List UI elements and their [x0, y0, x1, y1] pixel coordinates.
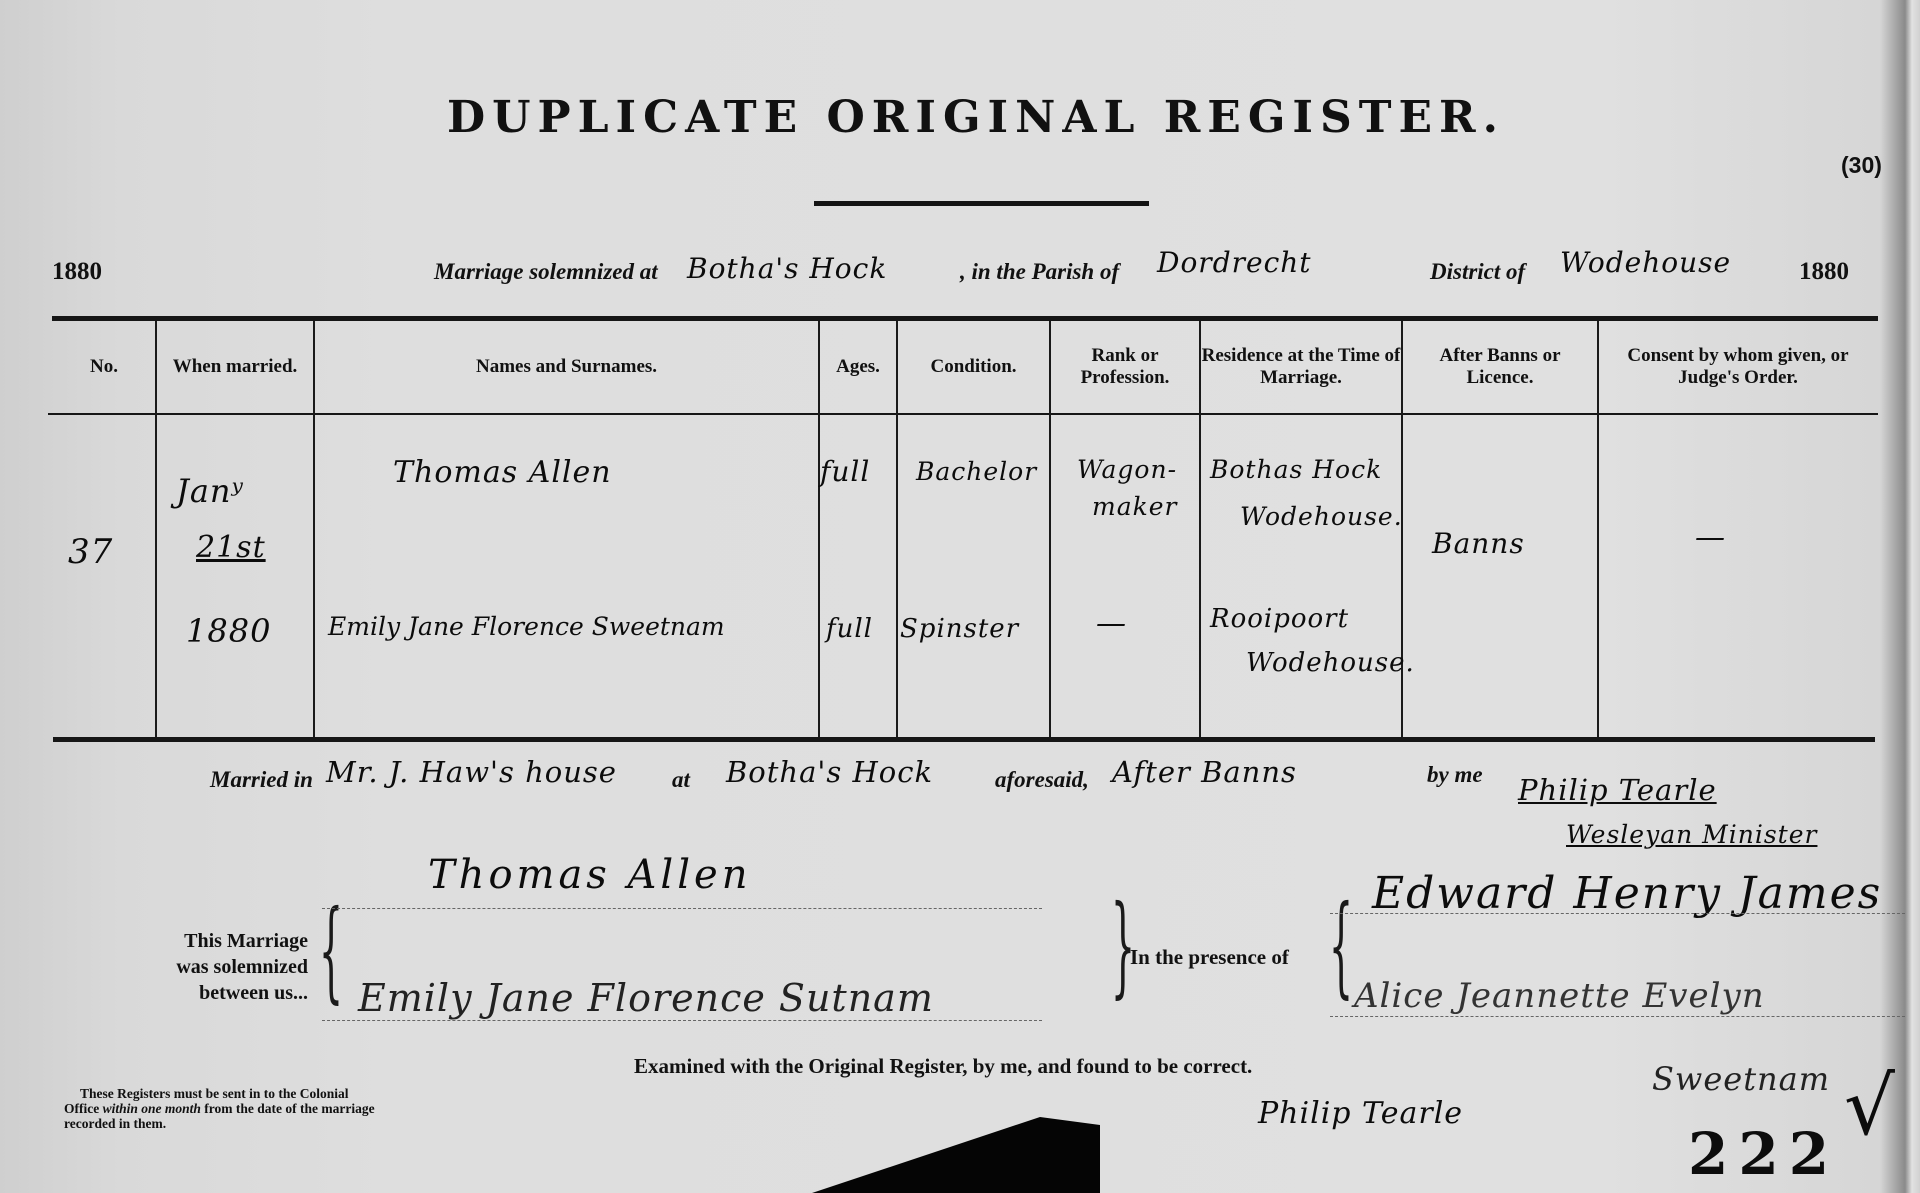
married-place: Botha's Hock — [726, 755, 933, 789]
title-rule — [814, 201, 1149, 206]
solemnized-between-label: This Marriage was solemnized between us.… — [160, 928, 308, 1006]
groom-condition: Bachelor — [916, 457, 1037, 486]
header-names: Names and Surnames. — [315, 322, 818, 412]
note-line-3: recorded in them. — [64, 1116, 454, 1131]
bride-residence-line1: Rooipoort — [1210, 604, 1349, 634]
district-label: District of — [1430, 259, 1525, 285]
solemnized-at-label: Marriage solemnized at — [434, 259, 658, 285]
examined-statement: Examined with the Original Register, by … — [634, 1054, 1252, 1079]
witness-2-signature: Alice Jeannette Evelyn — [1354, 976, 1765, 1016]
bride-signature-line — [322, 1020, 1042, 1021]
header-when-married: When married. — [157, 322, 313, 412]
note-line-1: These Registers must be sent in to the C… — [64, 1086, 454, 1101]
header-ages: Ages. — [820, 322, 896, 412]
bride-age: full — [826, 614, 873, 644]
aforesaid-label: aforesaid, — [995, 767, 1089, 793]
groom-name: Thomas Allen — [393, 455, 612, 490]
note-date-of-marriage: from the date of the marriage — [204, 1101, 374, 1116]
married-in-label: Married in — [210, 767, 313, 793]
header-residence: Residence at the Time of Marriage. — [1201, 322, 1401, 412]
groom-residence-line1: Bothas Hock — [1210, 455, 1382, 484]
check-mark-icon: √ — [1844, 1060, 1896, 1153]
header-bottom-rule — [48, 413, 1878, 415]
bride-condition: Spinster — [900, 614, 1019, 644]
header-condition: Condition. — [898, 322, 1049, 412]
witness-2-line — [1330, 1016, 1905, 1017]
married-venue: Mr. J. Haw's house — [326, 755, 617, 789]
examiner-signature: Philip Tearle — [1258, 1096, 1463, 1131]
page-number: (30) — [1841, 152, 1882, 179]
bride-signature: Emily Jane Florence Sutnam — [358, 976, 934, 1020]
submission-note: These Registers must be sent in to the C… — [64, 1086, 454, 1131]
scan-artifact — [800, 1117, 1100, 1193]
solemnized-place: Botha's Hock — [687, 252, 887, 285]
entry-number: 37 — [68, 532, 113, 572]
year-left: 1880 — [52, 258, 102, 286]
parish-name: Dordrecht — [1157, 246, 1312, 279]
stamp-number: 222 — [1688, 1120, 1839, 1188]
header-consent: Consent by whom given, or Judge's Order. — [1599, 322, 1877, 412]
year-right: 1880 — [1799, 258, 1849, 286]
groom-signature-line — [322, 908, 1042, 909]
groom-residence-line2: Wodehouse. — [1240, 502, 1403, 531]
married-method: After Banns — [1112, 755, 1297, 789]
groom-rank-line1: Wagon- — [1077, 455, 1177, 484]
bride-rank: — — [1096, 606, 1127, 641]
entry-year: 1880 — [186, 612, 271, 650]
table-top-rule — [52, 316, 1878, 321]
entry-month: Janʸ — [176, 472, 244, 510]
bride-name: Emily Jane Florence Sweetnam — [328, 612, 725, 641]
note-line-2: Office within one month from the date of… — [64, 1101, 454, 1116]
right-brace: { — [1329, 890, 1354, 1000]
between-line-2: was solemnized — [160, 954, 308, 980]
between-line-1: This Marriage — [160, 928, 308, 954]
groom-signature: Thomas Allen — [428, 852, 751, 898]
parish-label: , in the Parish of — [960, 259, 1119, 285]
presence-label: In the presence of — [1130, 945, 1289, 970]
register-page: DUPLICATE ORIGINAL REGISTER. (30) 1880 M… — [0, 0, 1920, 1193]
header-no: No. — [53, 322, 155, 412]
note-within-one-month: within one month — [103, 1101, 201, 1116]
between-line-3: between us... — [160, 980, 308, 1006]
left-brace: { — [319, 895, 344, 1005]
note-office: Office — [64, 1101, 99, 1116]
witness-3-signature: Sweetnam — [1652, 1060, 1830, 1098]
header-banns: After Banns or Licence. — [1403, 322, 1597, 412]
groom-rank-line2: maker — [1092, 492, 1178, 521]
witness-1-line — [1330, 913, 1905, 914]
entry-day: 21st — [196, 530, 266, 565]
groom-age: full — [820, 455, 870, 488]
header-rank: Rank or Profession. — [1051, 322, 1199, 412]
district-name: Wodehouse — [1560, 246, 1731, 279]
witness-1-signature: Edward Henry James — [1372, 868, 1882, 919]
officiant-signature: Philip Tearle — [1518, 773, 1717, 807]
by-me-label: by me — [1427, 762, 1483, 788]
bride-residence-line2: Wodehouse. — [1246, 648, 1415, 678]
document-title: DUPLICATE ORIGINAL REGISTER. — [447, 92, 1505, 143]
married-at-label: at — [672, 767, 690, 793]
officiant-title: Wesleyan Minister — [1566, 820, 1817, 849]
table-bottom-rule — [53, 737, 1875, 742]
after-banns-value: Banns — [1432, 527, 1525, 560]
consent-value: — — [1695, 520, 1726, 555]
